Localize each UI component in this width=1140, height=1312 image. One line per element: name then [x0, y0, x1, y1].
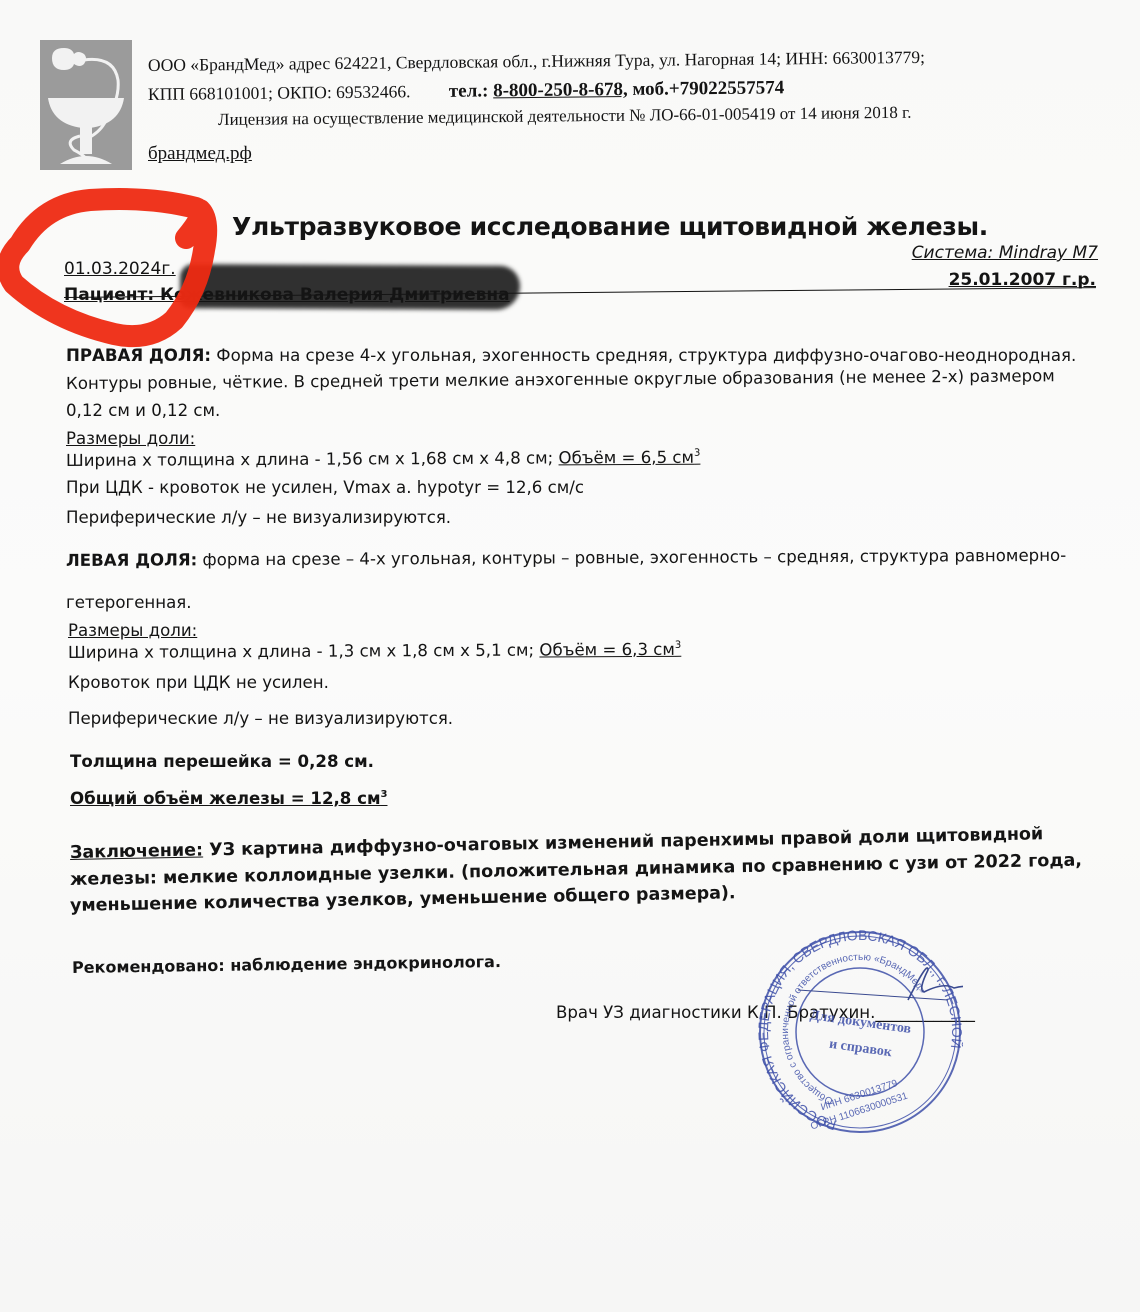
left-lobe-description-line2: гетерогенная. [66, 593, 192, 612]
document-page: ООО «БрандМед» адрес 624221, Свердловска… [0, 0, 1140, 1312]
right-lobe-description-line2: Контуры ровные, чёткие. В средней трети … [66, 366, 1055, 393]
bowl-of-hygieia-icon [40, 40, 132, 170]
left-lobe-doppler: Кровоток при ЦДК не усилен. [68, 673, 329, 692]
website-link[interactable]: брандмед.рф [148, 143, 252, 165]
conclusion-label: Заключение: [70, 840, 203, 863]
recommendation: Рекомендовано: наблюдение эндокринолога. [72, 952, 501, 977]
left-lobe-description: ЛЕВАЯ ДОЛЯ: форма на срезе – 4-х угольна… [66, 546, 1066, 570]
right-lobe-dimensions: Ширина х толщина х длина - 1,56 см х 1,6… [66, 448, 700, 470]
svg-text:Для документов: Для документов [809, 1008, 913, 1037]
left-lobe-volume: Объём = 6,3 см3 [539, 640, 681, 660]
letterhead-codes: КПП 668101001; ОКПО: 69532466. тел.: 8-8… [148, 77, 784, 106]
ultrasound-system: Система: Mindray M7 [912, 243, 1098, 263]
right-lobe-dims-label: Размеры доли: [66, 429, 195, 448]
letterhead-kpp: КПП 668101001; ОКПО: 69532466. [148, 81, 411, 104]
redaction-mark [180, 264, 520, 310]
total-volume: Общий объём железы = 12,8 см3 [70, 789, 388, 808]
right-lobe-lymph-nodes: Периферические л/у – не визуализируются. [66, 508, 451, 527]
letterhead-license: Лицензия на осуществление медицинской де… [218, 103, 912, 130]
phone-number: 8-800-250-8-678, [493, 79, 628, 101]
seal-stamp: РОССИЙСКАЯ ФЕДЕРАЦИЯ, СВЕРДЛОВСКАЯ ОБЛ.,… [758, 928, 963, 1138]
svg-text:и справок: и справок [828, 1037, 894, 1061]
left-lobe-lymph-nodes: Периферические л/у – не визуализируются. [68, 709, 453, 728]
left-lobe-dimensions: Ширина х толщина х длина - 1,3 см х 1,8 … [68, 640, 681, 662]
letterhead-address: ООО «БрандМед» адрес 624221, Свердловска… [148, 47, 925, 76]
left-lobe-dims-label: Размеры доли: [68, 621, 197, 640]
phone-label: тел.: [449, 80, 489, 101]
conclusion-line3: уменьшение количества узелков, уменьшени… [70, 883, 736, 916]
report-title: Ультразвуковое исследование щитовидной ж… [232, 212, 988, 241]
left-lobe-heading: ЛЕВАЯ ДОЛЯ: [66, 550, 197, 570]
mobile-number: моб.+79022557574 [632, 77, 784, 100]
letterhead-phones: тел.: 8-800-250-8-678, моб.+79022557574 [449, 77, 785, 102]
right-lobe-description-line3: 0,12 см и 0,12 см. [66, 401, 220, 420]
red-marker-circle [0, 180, 230, 350]
isthmus-thickness: Толщина перешейка = 0,28 см. [70, 752, 374, 771]
right-lobe-volume: Объём = 6,5 см3 [558, 448, 700, 468]
right-lobe-doppler: При ЦДК - кровоток не усилен, Vmax a. hy… [66, 478, 584, 497]
